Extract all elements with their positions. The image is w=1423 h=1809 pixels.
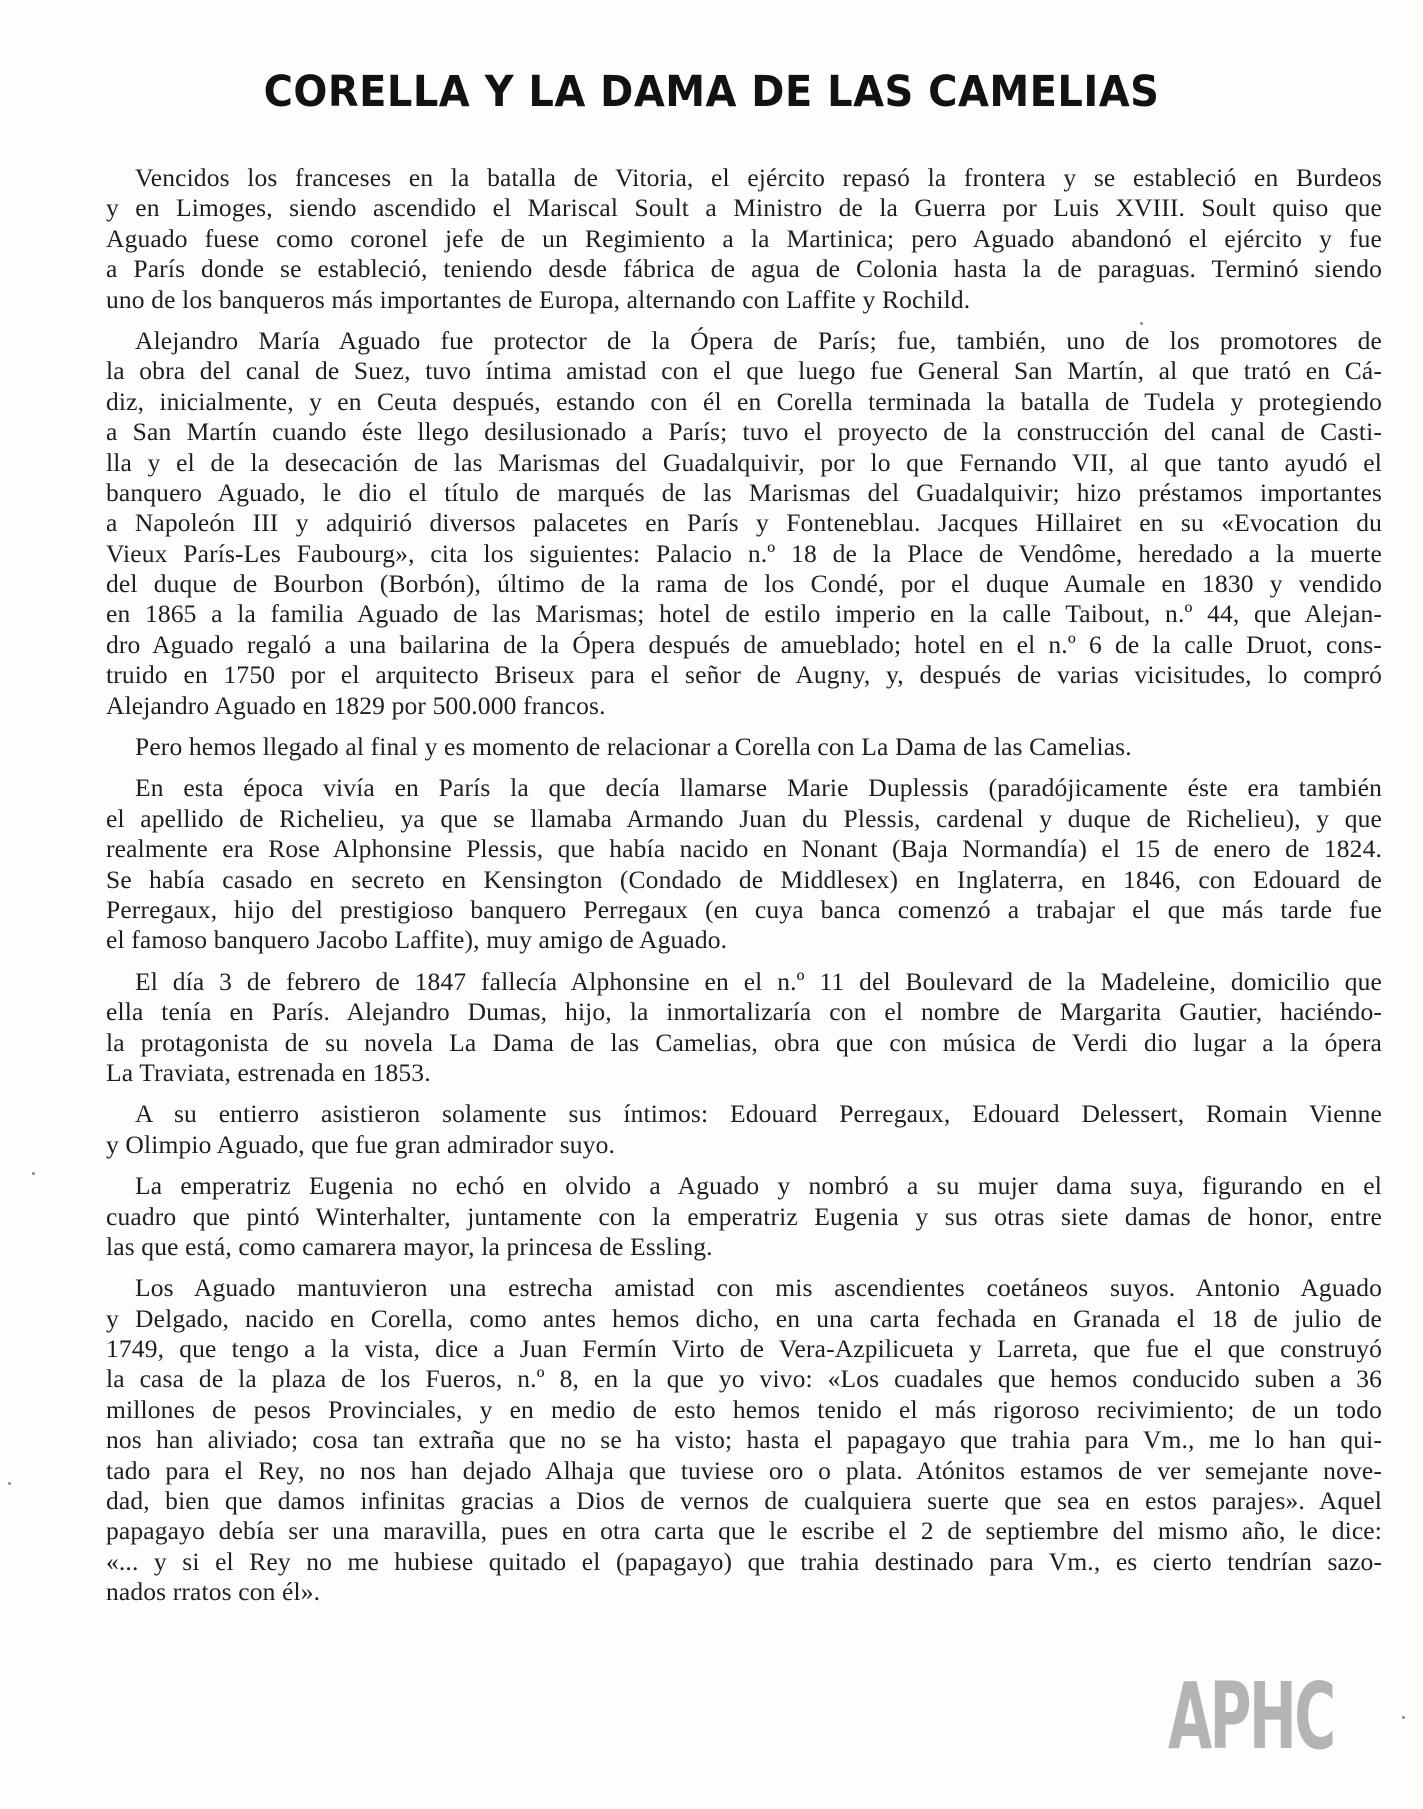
text-line: «... y si el Rey no me hubiese quitado e…	[106, 1547, 1382, 1577]
text-line: diz, inicialmente, y en Ceuta después, e…	[106, 387, 1382, 417]
text-line: La emperatriz Eugenia no echó en olvido …	[106, 1171, 1382, 1201]
text-line: tado para el Rey, no nos han dejado Alha…	[106, 1456, 1382, 1486]
text-line: a París donde se estableció, teniendo de…	[106, 254, 1382, 284]
text-line: nados rratos con él».	[106, 1577, 1382, 1607]
text-line: la casa de la plaza de los Fueros, n.º 8…	[106, 1364, 1382, 1394]
text-line: el apellido de Richelieu, ya que se llam…	[106, 804, 1382, 834]
text-line: del duque de Bourbon (Borbón), último de…	[106, 569, 1382, 599]
text-line: Se había casado en secreto en Kensington…	[106, 865, 1382, 895]
paragraph-5: El día 3 de febrero de 1847 fallecía Alp…	[106, 967, 1382, 1089]
text-line: Aguado fuese como coronel jefe de un Reg…	[106, 224, 1382, 254]
scan-speck	[1140, 322, 1143, 325]
paragraph-2: Alejandro María Aguado fue protector de …	[106, 326, 1382, 721]
paragraph-4: En esta época vivía en París la que decí…	[106, 773, 1382, 955]
scan-speck	[1402, 1716, 1405, 1719]
text-line: las que está, como camarera mayor, la pr…	[106, 1232, 1382, 1262]
text-line: el famoso banquero Jacobo Laffite), muy …	[106, 925, 1382, 955]
text-line: dro Aguado regaló a una bailarina de la …	[106, 630, 1382, 660]
text-line: realmente era Rose Alphonsine Plessis, q…	[106, 834, 1382, 864]
scan-speck	[32, 1172, 35, 1175]
paragraph-6: A su entierro asistieron solamente sus í…	[106, 1099, 1382, 1160]
scan-speck	[8, 1482, 11, 1485]
text-line: Perregaux, hijo del prestigioso banquero…	[106, 895, 1382, 925]
scanned-page: CORELLA Y LA DAMA DE LAS CAMELIAS Vencid…	[0, 0, 1423, 1809]
text-line: lla y el de la desecación de las Marisma…	[106, 448, 1382, 478]
text-line: Vieux París-Les Faubourg», cita los sigu…	[106, 539, 1382, 569]
text-line: a San Martín cuando éste llego desilusio…	[106, 417, 1382, 447]
article-body: Vencidos los franceses en la batalla de …	[106, 163, 1382, 1619]
text-line: papagayo debía ser una maravilla, pues e…	[106, 1516, 1382, 1546]
text-line: cuadro que pintó Winterhalter, juntament…	[106, 1202, 1382, 1232]
text-line: uno de los banqueros más importantes de …	[106, 285, 1382, 315]
text-line: 1749, que tengo a la vista, dice a Juan …	[106, 1334, 1382, 1364]
text-line: Pero hemos llegado al final y es momento…	[106, 732, 1382, 762]
text-line: El día 3 de febrero de 1847 fallecía Alp…	[106, 967, 1382, 997]
text-line: Vencidos los franceses en la batalla de …	[106, 163, 1382, 193]
text-line: Alejandro María Aguado fue protector de …	[106, 326, 1382, 356]
text-line: nos han aliviado; cosa tan extraña que n…	[106, 1425, 1382, 1455]
text-line: truido en 1750 por el arquitecto Briseux…	[106, 660, 1382, 690]
paragraph-1: Vencidos los franceses en la batalla de …	[106, 163, 1382, 315]
text-line: ella tenía en París. Alejandro Dumas, hi…	[106, 997, 1382, 1027]
text-line: A su entierro asistieron solamente sus í…	[106, 1099, 1382, 1129]
watermark-logo: APHC	[1168, 1663, 1334, 1770]
page-title: CORELLA Y LA DAMA DE LAS CAMELIAS	[50, 67, 1373, 117]
paragraph-3: Pero hemos llegado al final y es momento…	[106, 732, 1382, 762]
text-line: La Traviata, estrenada en 1853.	[106, 1058, 1382, 1088]
text-line: y Delgado, nacido en Corella, como antes…	[106, 1304, 1382, 1334]
text-line: y en Limoges, siendo ascendido el Marisc…	[106, 193, 1382, 223]
text-line: a Napoleón III y adquirió diversos palac…	[106, 508, 1382, 538]
paragraph-8: Los Aguado mantuvieron una estrecha amis…	[106, 1273, 1382, 1607]
paragraph-7: La emperatriz Eugenia no echó en olvido …	[106, 1171, 1382, 1262]
text-line: banquero Aguado, le dio el título de mar…	[106, 478, 1382, 508]
text-line: la protagonista de su novela La Dama de …	[106, 1028, 1382, 1058]
text-line: Alejandro Aguado en 1829 por 500.000 fra…	[106, 691, 1382, 721]
text-line: millones de pesos Provinciales, y en med…	[106, 1395, 1382, 1425]
text-line: en 1865 a la familia Aguado de las Maris…	[106, 599, 1382, 629]
text-line: Los Aguado mantuvieron una estrecha amis…	[106, 1273, 1382, 1303]
text-line: dad, bien que damos infinitas gracias a …	[106, 1486, 1382, 1516]
text-line: la obra del canal de Suez, tuvo íntima a…	[106, 356, 1382, 386]
text-line: y Olimpio Aguado, que fue gran admirador…	[106, 1130, 1382, 1160]
text-line: En esta época vivía en París la que decí…	[106, 773, 1382, 803]
